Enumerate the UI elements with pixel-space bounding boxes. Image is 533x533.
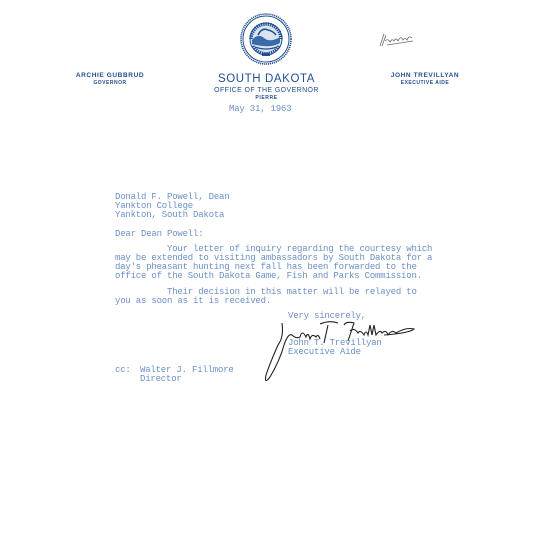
letter-date: May 31, 1963 [229,105,291,114]
handwritten-initials-icon [378,28,418,50]
letter-page: ARCHIE GUBBRUD GOVERNOR SOUTH DAKOTA OFF… [0,0,533,533]
recipient-line: Yankton, South Dakota [115,211,224,220]
cc-label: cc: [115,366,131,375]
aide-title: EXECUTIVE AIDE [370,80,480,86]
state-seal-icon [240,13,292,65]
body-line: you as soon as it is received. [115,297,271,306]
salutation: Dear Dean Powell: [115,230,203,239]
governor-title: GOVERNOR [60,80,160,86]
body-line: office of the South Dakota Game, Fish an… [115,272,422,281]
governor-name: ARCHIE GUBBRUD [60,72,160,79]
letterhead-office: OFFICE OF THE GOVERNOR [195,87,338,94]
letterhead-city: PIERRE [200,95,333,101]
cc-title: Director [140,375,182,384]
signer-title: Executive Aide [288,348,361,357]
letterhead-state: SOUTH DAKOTA [200,73,333,85]
aide-name: JOHN TREVILLYAN [370,72,480,79]
